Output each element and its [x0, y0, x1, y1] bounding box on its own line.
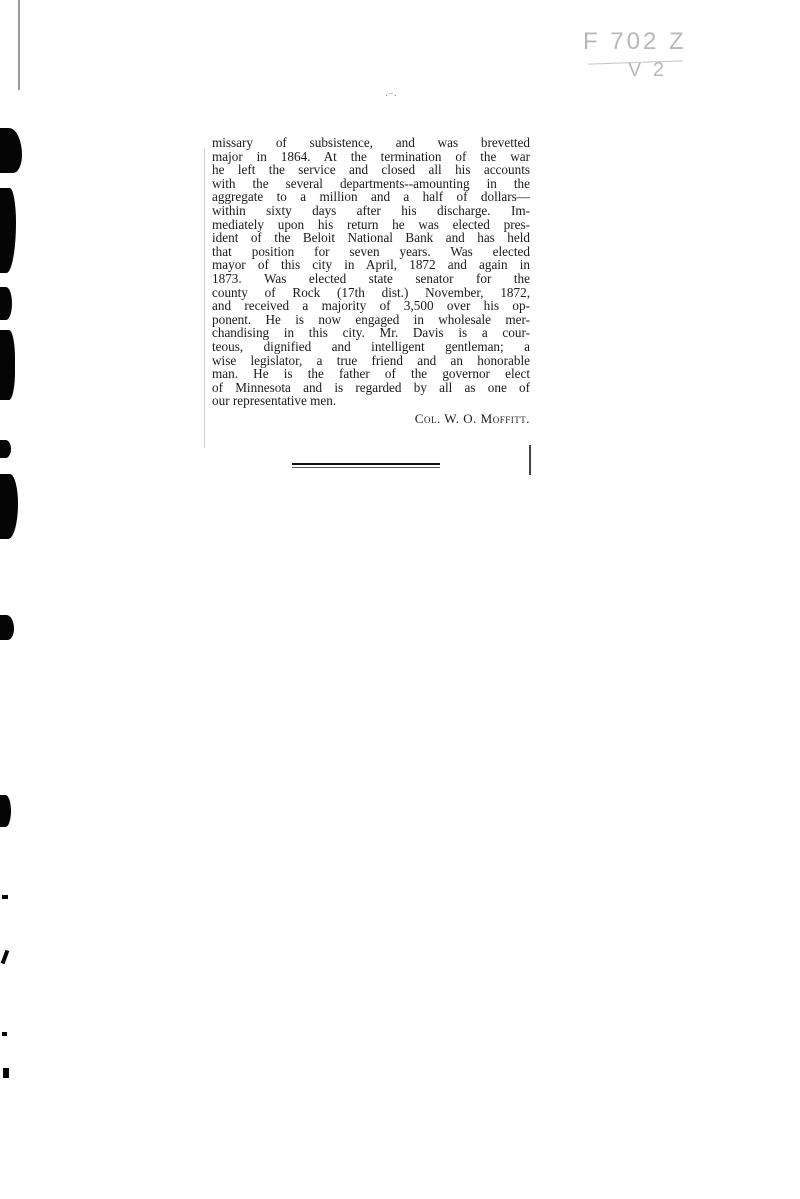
torn-edge-fragment [0, 474, 18, 539]
article-line: missary of subsistence, and was brevette… [212, 136, 530, 150]
article-line: he left the service and closed all his a… [212, 163, 530, 177]
catalog-annotation-line1: F 702 Z [583, 28, 687, 55]
article-line: 1873. Was elected state senator for the [212, 272, 530, 286]
article-line: ident of the Beloit National Bank and ha… [212, 231, 530, 245]
article-body: missary of subsistence, and was brevette… [206, 136, 536, 408]
signature: Col. W. O. Moffitt. [212, 411, 530, 426]
article-line: wise legislator, a true friend and an ho… [212, 354, 530, 368]
article-line: with the several departments--amounting … [212, 177, 530, 191]
torn-edge-fragment [0, 128, 22, 173]
article-line: and received a majority of 3,500 over hi… [212, 299, 530, 313]
article-line: major in 1864. At the termination of the… [212, 150, 530, 164]
article-line: of Minnesota and is regarded by all as o… [212, 381, 530, 395]
torn-edge-fragment [0, 188, 16, 273]
torn-edge-fragment [1, 950, 10, 965]
article-line: man. He is the father of the governor el… [212, 367, 530, 381]
closing-rule [292, 463, 440, 465]
torn-edge-fragment [0, 795, 11, 827]
article-line: aggregate to a million and a half of dol… [212, 190, 530, 204]
article-line: our representative men. [212, 394, 530, 408]
clipping-right-edge [529, 445, 531, 475]
torn-edge-fragment [0, 615, 14, 640]
binding-edge-line [18, 0, 20, 90]
newspaper-clipping: missary of subsistence, and was brevette… [206, 136, 536, 426]
torn-edge-fragment [0, 440, 11, 458]
closing-rule-thin [292, 467, 440, 468]
article-line: ponent. He is now engaged in wholesale m… [212, 313, 530, 327]
torn-edge-fragment [2, 1032, 7, 1036]
article-line: that position for seven years. Was elect… [212, 245, 530, 259]
article-line: mayor of this city in April, 1872 and ag… [212, 258, 530, 272]
torn-edge-fragment [0, 287, 12, 320]
torn-edge-fragment [3, 1068, 9, 1078]
clipping-left-edge [204, 148, 205, 448]
torn-edge-fragment [0, 330, 15, 400]
catalog-annotation-line2: V 2 [628, 60, 687, 80]
torn-edge-fragment [2, 895, 8, 899]
article-line: teous, dignified and intelligent gentlem… [212, 340, 530, 354]
article-line: chandising in this city. Mr. Davis is a … [212, 326, 530, 340]
ink-speck: ·⁻· [385, 91, 397, 102]
catalog-annotation: F 702 Z V 2 [583, 30, 687, 80]
article-line: within sixty days after his discharge. I… [212, 204, 530, 218]
article-line: mediately upon his return he was elected… [212, 218, 530, 232]
article-line: county of Rock (17th dist.) November, 18… [212, 286, 530, 300]
